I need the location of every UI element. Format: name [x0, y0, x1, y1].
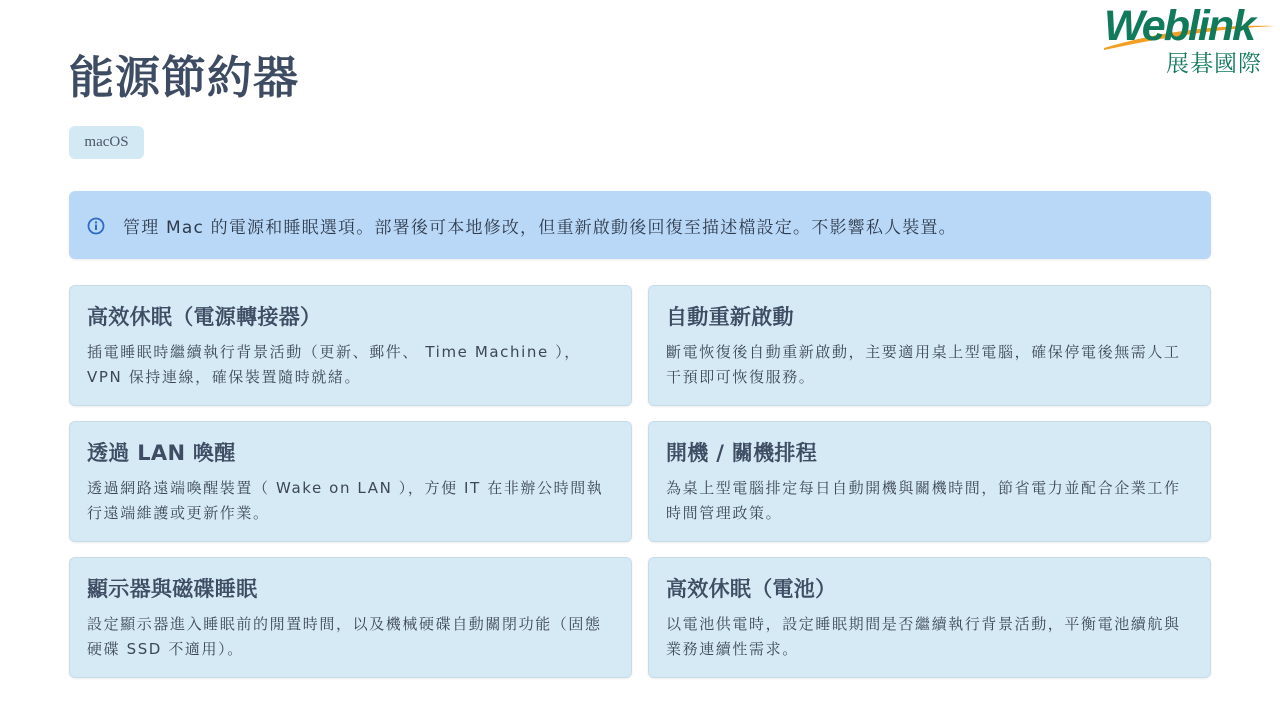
card-description: 斷電恢復後自動重新啟動，主要適用桌上型電腦，確保停電後無需人工干預即可恢復服務。: [666, 340, 1193, 390]
info-text: 管理 Mac 的電源和睡眠選項。部署後可本地修改，但重新啟動後回復至描述檔設定。…: [123, 213, 957, 238]
card-description: 為桌上型電腦排定每日自動開機與關機時間，節省電力並配合企業工作時間管理政策。: [666, 476, 1193, 526]
card-title: 開機 / 關機排程: [666, 438, 1193, 468]
card-description: 插電睡眠時繼續執行背景活動（更新、郵件、 Time Machine ）， VPN…: [87, 340, 614, 390]
feature-card-auto-restart: 自動重新啟動 斷電恢復後自動重新啟動，主要適用桌上型電腦，確保停電後無需人工干預…: [648, 285, 1211, 406]
card-title: 高效休眠（電源轉接器）: [87, 302, 614, 332]
feature-card-wake-on-lan: 透過 LAN 喚醒 透過網路遠端喚醒裝置（ Wake on LAN ），方便 I…: [69, 421, 632, 542]
feature-card-power-nap-adapter: 高效休眠（電源轉接器） 插電睡眠時繼續執行背景活動（更新、郵件、 Time Ma…: [69, 285, 632, 406]
company-logo: Weblink 展碁國際: [1100, 2, 1278, 84]
feature-card-grid: 高效休眠（電源轉接器） 插電睡眠時繼續執行背景活動（更新、郵件、 Time Ma…: [69, 285, 1211, 678]
card-title: 透過 LAN 喚醒: [87, 438, 614, 468]
card-description: 設定顯示器進入睡眠前的閒置時間，以及機械硬碟自動關閉功能（固態硬碟 SSD 不適…: [87, 612, 614, 662]
card-title: 自動重新啟動: [666, 302, 1193, 332]
logo-chinese-name: 展碁國際: [1166, 50, 1262, 78]
logo-wordmark: Weblink: [1104, 2, 1254, 50]
info-icon: [87, 217, 105, 235]
info-banner: 管理 Mac 的電源和睡眠選項。部署後可本地修改，但重新啟動後回復至描述檔設定。…: [69, 191, 1211, 259]
page-title: 能源節約器: [69, 48, 299, 108]
card-title: 高效休眠（電池）: [666, 574, 1193, 604]
feature-card-power-nap-battery: 高效休眠（電池） 以電池供電時，設定睡眠期間是否繼續執行背景活動，平衡電池續航與…: [648, 557, 1211, 678]
card-title: 顯示器與磁碟睡眠: [87, 574, 614, 604]
card-description: 以電池供電時，設定睡眠期間是否繼續執行背景活動，平衡電池續航與業務連續性需求。: [666, 612, 1193, 662]
feature-card-power-schedule: 開機 / 關機排程 為桌上型電腦排定每日自動開機與關機時間，節省電力並配合企業工…: [648, 421, 1211, 542]
feature-card-display-disk-sleep: 顯示器與磁碟睡眠 設定顯示器進入睡眠前的閒置時間，以及機械硬碟自動關閉功能（固態…: [69, 557, 632, 678]
platform-badge: macOS: [69, 126, 144, 159]
card-description: 透過網路遠端喚醒裝置（ Wake on LAN ），方便 IT 在非辦公時間執行…: [87, 476, 614, 526]
